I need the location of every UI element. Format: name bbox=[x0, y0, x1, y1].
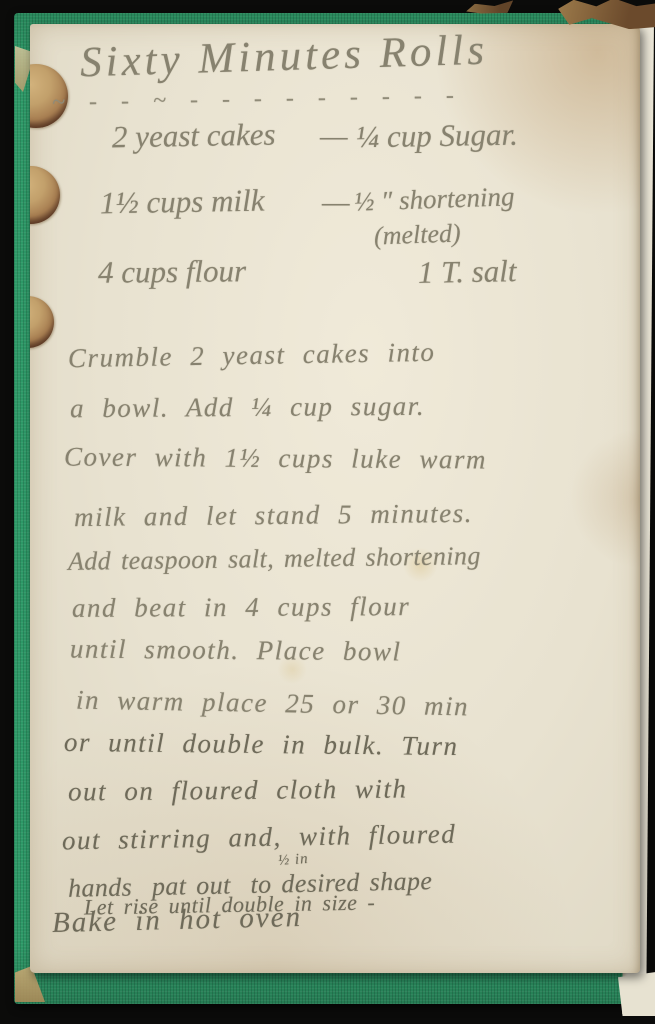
ingredient-dash: — bbox=[322, 184, 350, 220]
recipe-line: out stirring and, with floured bbox=[62, 819, 457, 857]
ingredient-note: (melted) bbox=[374, 218, 462, 251]
recipe-line: Cover with 1½ cups luke warm bbox=[64, 442, 487, 476]
underlying-page-corner bbox=[618, 972, 655, 1016]
recipe-line: until smooth. Place bowl bbox=[70, 634, 402, 668]
recipe-line: and beat in 4 cups flour bbox=[72, 591, 410, 624]
recipe-line: milk and let stand 5 minutes. bbox=[74, 498, 473, 533]
recipe-line: Crumble 2 yeast cakes into bbox=[68, 337, 436, 374]
page-hole bbox=[30, 296, 54, 348]
ingredient-dash: — bbox=[320, 118, 348, 154]
recipe-line: a bowl. Add ¼ cup sugar. bbox=[70, 391, 425, 424]
ingredient-row: 2 yeast cakes — ¼ cup Sugar. bbox=[30, 118, 640, 158]
ingredient-row: 1½ cups milk — ½ ″ shortening (melted) bbox=[30, 184, 640, 224]
ingredient-amount: ½ ″ shortening bbox=[354, 181, 515, 218]
recipe-line: or until double in bulk. Turn bbox=[64, 727, 459, 762]
recipe-page: Sixty Minutes Rolls ~ - - ~ - - - - - - … bbox=[30, 24, 640, 973]
ingredient-item: 2 yeast cakes bbox=[112, 117, 276, 156]
recipe-line: Bake in hot oven bbox=[52, 901, 303, 940]
recipe-line: out on floured cloth with bbox=[68, 774, 408, 808]
title-underline: ~ - - ~ - - - - - - - - - bbox=[52, 82, 463, 116]
ingredient-amount: 1 T. salt bbox=[418, 253, 517, 291]
ingredient-amount: ¼ cup Sugar. bbox=[356, 117, 518, 156]
photo-backdrop: Sixty Minutes Rolls ~ - - ~ - - - - - - … bbox=[0, 0, 655, 1024]
ingredient-row: 4 cups flour 1 T. salt bbox=[30, 254, 640, 294]
recipe-line: Add teaspoon salt, melted shortening bbox=[68, 541, 481, 577]
interline-insertion: ½ in bbox=[277, 851, 309, 870]
recipe-line: in warm place 25 or 30 min bbox=[76, 685, 469, 723]
recipe-title: Sixty Minutes Rolls bbox=[79, 26, 488, 88]
ingredient-item: 1½ cups milk bbox=[100, 183, 265, 222]
ingredient-item: 4 cups flour bbox=[98, 253, 246, 291]
